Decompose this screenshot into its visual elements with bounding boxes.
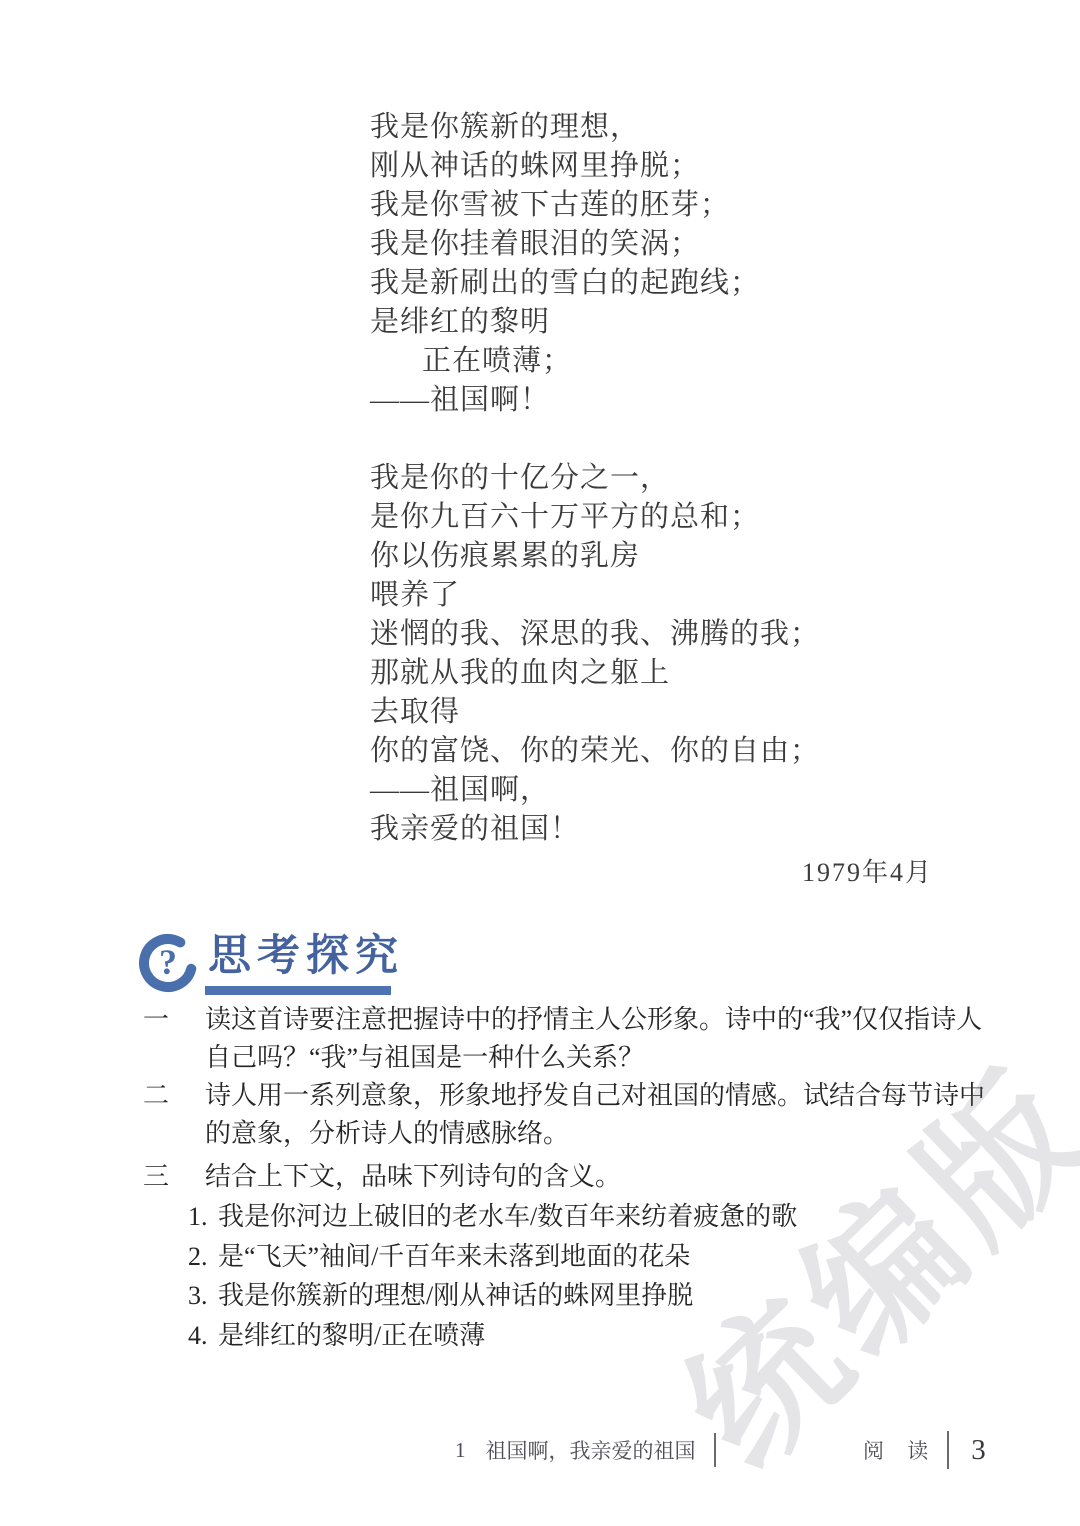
poem-line: 我是你的十亿分之一，: [370, 459, 820, 498]
poem-line: ——祖国啊，: [370, 771, 820, 810]
footer-page-number: 3: [971, 1434, 986, 1467]
question-1: 一 读这首诗要注意把握诗中的抒情主人公形象。诗中的“我”仅仅指诗人自己吗？“我”…: [143, 1001, 1015, 1077]
poem-line: 我亲爱的祖国！: [370, 810, 820, 849]
svg-text:?: ?: [159, 942, 177, 982]
question-3-subitems: 1.我是你河边上破旧的老水车/数百年来纺着疲惫的歌 2.是“飞天”袖间/千百年来…: [188, 1197, 1015, 1355]
question-mark-circle-icon: ?: [137, 929, 199, 995]
poem-line: 迷惘的我、深思的我、沸腾的我；: [370, 615, 820, 654]
footer-lesson-title: 祖国啊，我亲爱的祖国: [486, 1435, 696, 1465]
subitem-text: 是绯红的黎明/正在喷薄: [218, 1321, 485, 1350]
poem-line: 那就从我的血肉之躯上: [370, 654, 820, 693]
subitem-number: 1.: [188, 1197, 218, 1237]
stanza-gap: [370, 420, 820, 459]
poem-line: ——祖国啊！: [370, 381, 820, 420]
footer-pagination: 阅 读 3: [863, 1431, 986, 1469]
subitem-number: 3.: [188, 1276, 218, 1316]
subitem-text: 是“飞天”袖间/千百年来未落到地面的花朵: [218, 1242, 690, 1271]
section-title-underline: [205, 986, 391, 995]
poem-date: 1979年4月: [370, 852, 933, 889]
subitem-text: 我是你河边上破旧的老水车/数百年来纺着疲惫的歌: [218, 1202, 797, 1231]
footer-section-label: 阅 读: [863, 1435, 937, 1465]
subitem-text: 我是你簇新的理想/刚从神话的蛛网里挣脱: [218, 1281, 693, 1310]
poem-line: 我是新刷出的雪白的起跑线；: [370, 264, 820, 303]
poem-line: 我是你雪被下古莲的胚芽；: [370, 186, 820, 225]
poem-line: 你的富饶、你的荣光、你的自由；: [370, 732, 820, 771]
poem-body: 我是你簇新的理想， 刚从神话的蛛网里挣脱； 我是你雪被下古莲的胚芽； 我是你挂着…: [370, 108, 820, 849]
subitem-3: 3.我是你簇新的理想/刚从神话的蛛网里挣脱: [188, 1276, 1015, 1316]
questions-block: 一 读这首诗要注意把握诗中的抒情主人公形象。诗中的“我”仅仅指诗人自己吗？“我”…: [143, 1001, 1015, 1355]
section-title: 思考探究: [208, 929, 404, 980]
poem-line: 我是你簇新的理想，: [370, 108, 820, 147]
subitem-number: 4.: [188, 1316, 218, 1356]
question-text: 结合上下文，品味下列诗句的含义。: [205, 1158, 1005, 1196]
poem-line: 刚从神话的蛛网里挣脱；: [370, 147, 820, 186]
poem-line: 你以伤痕累累的乳房: [370, 537, 820, 576]
subitem-4: 4.是绯红的黎明/正在喷薄: [188, 1316, 1015, 1356]
question-3: 三 结合上下文，品味下列诗句的含义。: [143, 1158, 1015, 1196]
poem-line: 去取得: [370, 693, 820, 732]
question-number: 一: [143, 1001, 205, 1077]
footer-divider: [947, 1431, 949, 1469]
poem-line: 我是你挂着眼泪的笑涡；: [370, 225, 820, 264]
question-text: 诗人用一系列意象，形象地抒发自己对祖国的情感。试结合每节诗中的意象，分析诗人的情…: [205, 1077, 1005, 1153]
poem-line: 是绯红的黎明: [370, 303, 820, 342]
poem-line-indented: 正在喷薄；: [422, 342, 820, 381]
footer-lesson: 1 祖国啊，我亲爱的祖国: [455, 1433, 716, 1467]
subitem-number: 2.: [188, 1237, 218, 1277]
subitem-2: 2.是“飞天”袖间/千百年来未落到地面的花朵: [188, 1237, 1015, 1277]
poem-line: 喂养了: [370, 576, 820, 615]
textbook-page: 我是你簇新的理想， 刚从神话的蛛网里挣脱； 我是你雪被下古莲的胚芽； 我是你挂着…: [0, 0, 1080, 1526]
poem-line: 是你九百六十万平方的总和；: [370, 498, 820, 537]
footer-lesson-number: 1: [455, 1438, 466, 1463]
footer-divider: [714, 1433, 716, 1467]
question-2: 二 诗人用一系列意象，形象地抒发自己对祖国的情感。试结合每节诗中的意象，分析诗人…: [143, 1077, 1015, 1153]
question-text: 读这首诗要注意把握诗中的抒情主人公形象。诗中的“我”仅仅指诗人自己吗？“我”与祖…: [205, 1001, 1005, 1077]
question-number: 二: [143, 1077, 205, 1153]
subitem-1: 1.我是你河边上破旧的老水车/数百年来纺着疲惫的歌: [188, 1197, 1015, 1237]
question-number: 三: [143, 1158, 205, 1196]
